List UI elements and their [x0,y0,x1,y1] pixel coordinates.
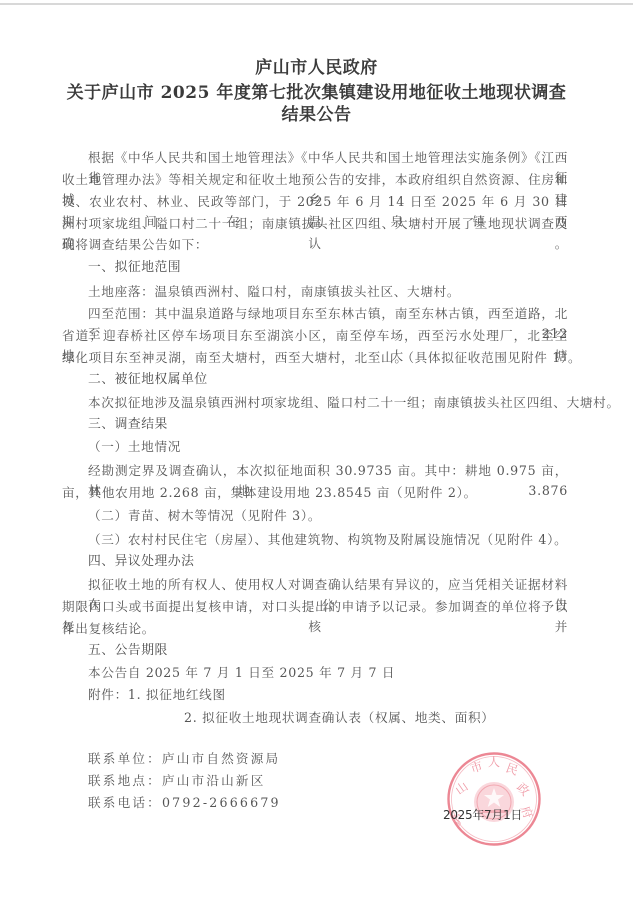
svg-text:民: 民 [504,761,520,778]
section-heading-objection: 四、异议处理办法 [62,552,568,572]
objection-line: 作出复核结论。 [62,619,568,639]
boundary-line: 省道；迎春桥社区停车场项目东至湖滨小区，南至停车场，西至污水处理厂，北至空地；大… [62,326,568,346]
svg-text:市: 市 [469,759,485,776]
attachment-1: 附件：1. 拟征地红线图 [62,685,568,705]
objection-line: 拟征收土地的所有权人、使用权人对调查确认结果有异议的，应当凭相关证据材料在公告 [62,575,568,595]
intro-paragraph-line: 根据《中华人民共和国土地管理法》《中华人民共和国土地管理法实施条例》《江西省征 [62,148,568,168]
land-area-line: 经勘测定界及调查确认，本次拟征地面积 30.9735 亩。其中：耕地 0.975… [62,461,568,481]
land-location: 土地座落：温泉镇西洲村、隘口村，南康镇拔头社区、大塘村。 [62,282,568,302]
intro-paragraph-line: 洲村项家垅组、隘口村二十一组；南康镇拔头社区四组、大塘村开展了土地现状调查及确认… [62,214,568,234]
section-heading-period: 五、公告期限 [62,641,568,661]
section-heading-results: 三、调查结果 [62,415,568,435]
svg-text:人: 人 [488,755,500,769]
boundary-line: 四至范围：其中温泉道路与绿地项目东至东林古镇，南至东林古镇，西至道路，北至 21… [62,304,568,324]
official-seal-icon: 庐 山 市 人 民 政 府 [446,750,542,848]
land-area-line: 亩，其他农用地 2.268 亩，集体建设用地 23.8545 亩（见附件 2）。 [62,483,568,503]
section-heading-scope: 一、拟征地范围 [62,258,568,278]
svg-text:政: 政 [514,780,533,799]
issuer-title: 庐山市人民政府 [0,57,633,79]
intro-paragraph-line: 设、农业农村、林业、民政等部门，于 2025 年 6 月 14 日至 2025 … [62,192,568,212]
section-heading-ownership: 二、被征地权属单位 [62,370,568,390]
announcement-title-line2: 结果公告 [0,104,633,126]
objection-line: 期限内口头或书面提出复核申请，对口头提出的申请予以记录。参加调查的单位将予以复核… [62,597,568,617]
announcement-document: 庐山市人民政府 关于庐山市 2025 年度第七批次集镇建设用地征收土地现状调查 … [0,0,633,899]
attachment-2: 2. 拟征收土地现状调查确认表（权属、地类、面积） [62,708,568,728]
subsection-buildings: （三）农村村民住宅（房屋）、其他建筑物、构筑物及附属设施情况（见附件 4）。 [62,530,568,550]
issue-date: 2025年7月1日 [443,806,522,823]
subsection-crops: （二）青苗、树木等情况（见附件 3）。 [62,506,568,526]
announcement-period: 本公告自 2025 年 7 月 1 日至 2025 年 7 月 7 日 [62,663,568,683]
ownership-text: 本次拟征地涉及温泉镇西洲村项家垅组、隘口村二十一组；南康镇拔头社区四组、大塘村。 [62,393,568,413]
intro-paragraph-line: 现将调查结果公告如下： [62,235,568,255]
subsection-land: （一）土地情况 [62,437,568,457]
intro-paragraph-line: 收土地管理办法》等相关规定和征收土地预公告的安排，本政府组织自然资源、住房和城乡… [62,170,568,190]
announcement-title-line1: 关于庐山市 2025 年度第七批次集镇建设用地征收土地现状调查 [0,82,633,104]
boundary-line: 绿化项目东至神灵湖，南至大塘村，西至大塘村，北至山。（具体拟征收范围见附件 1）… [62,348,568,368]
